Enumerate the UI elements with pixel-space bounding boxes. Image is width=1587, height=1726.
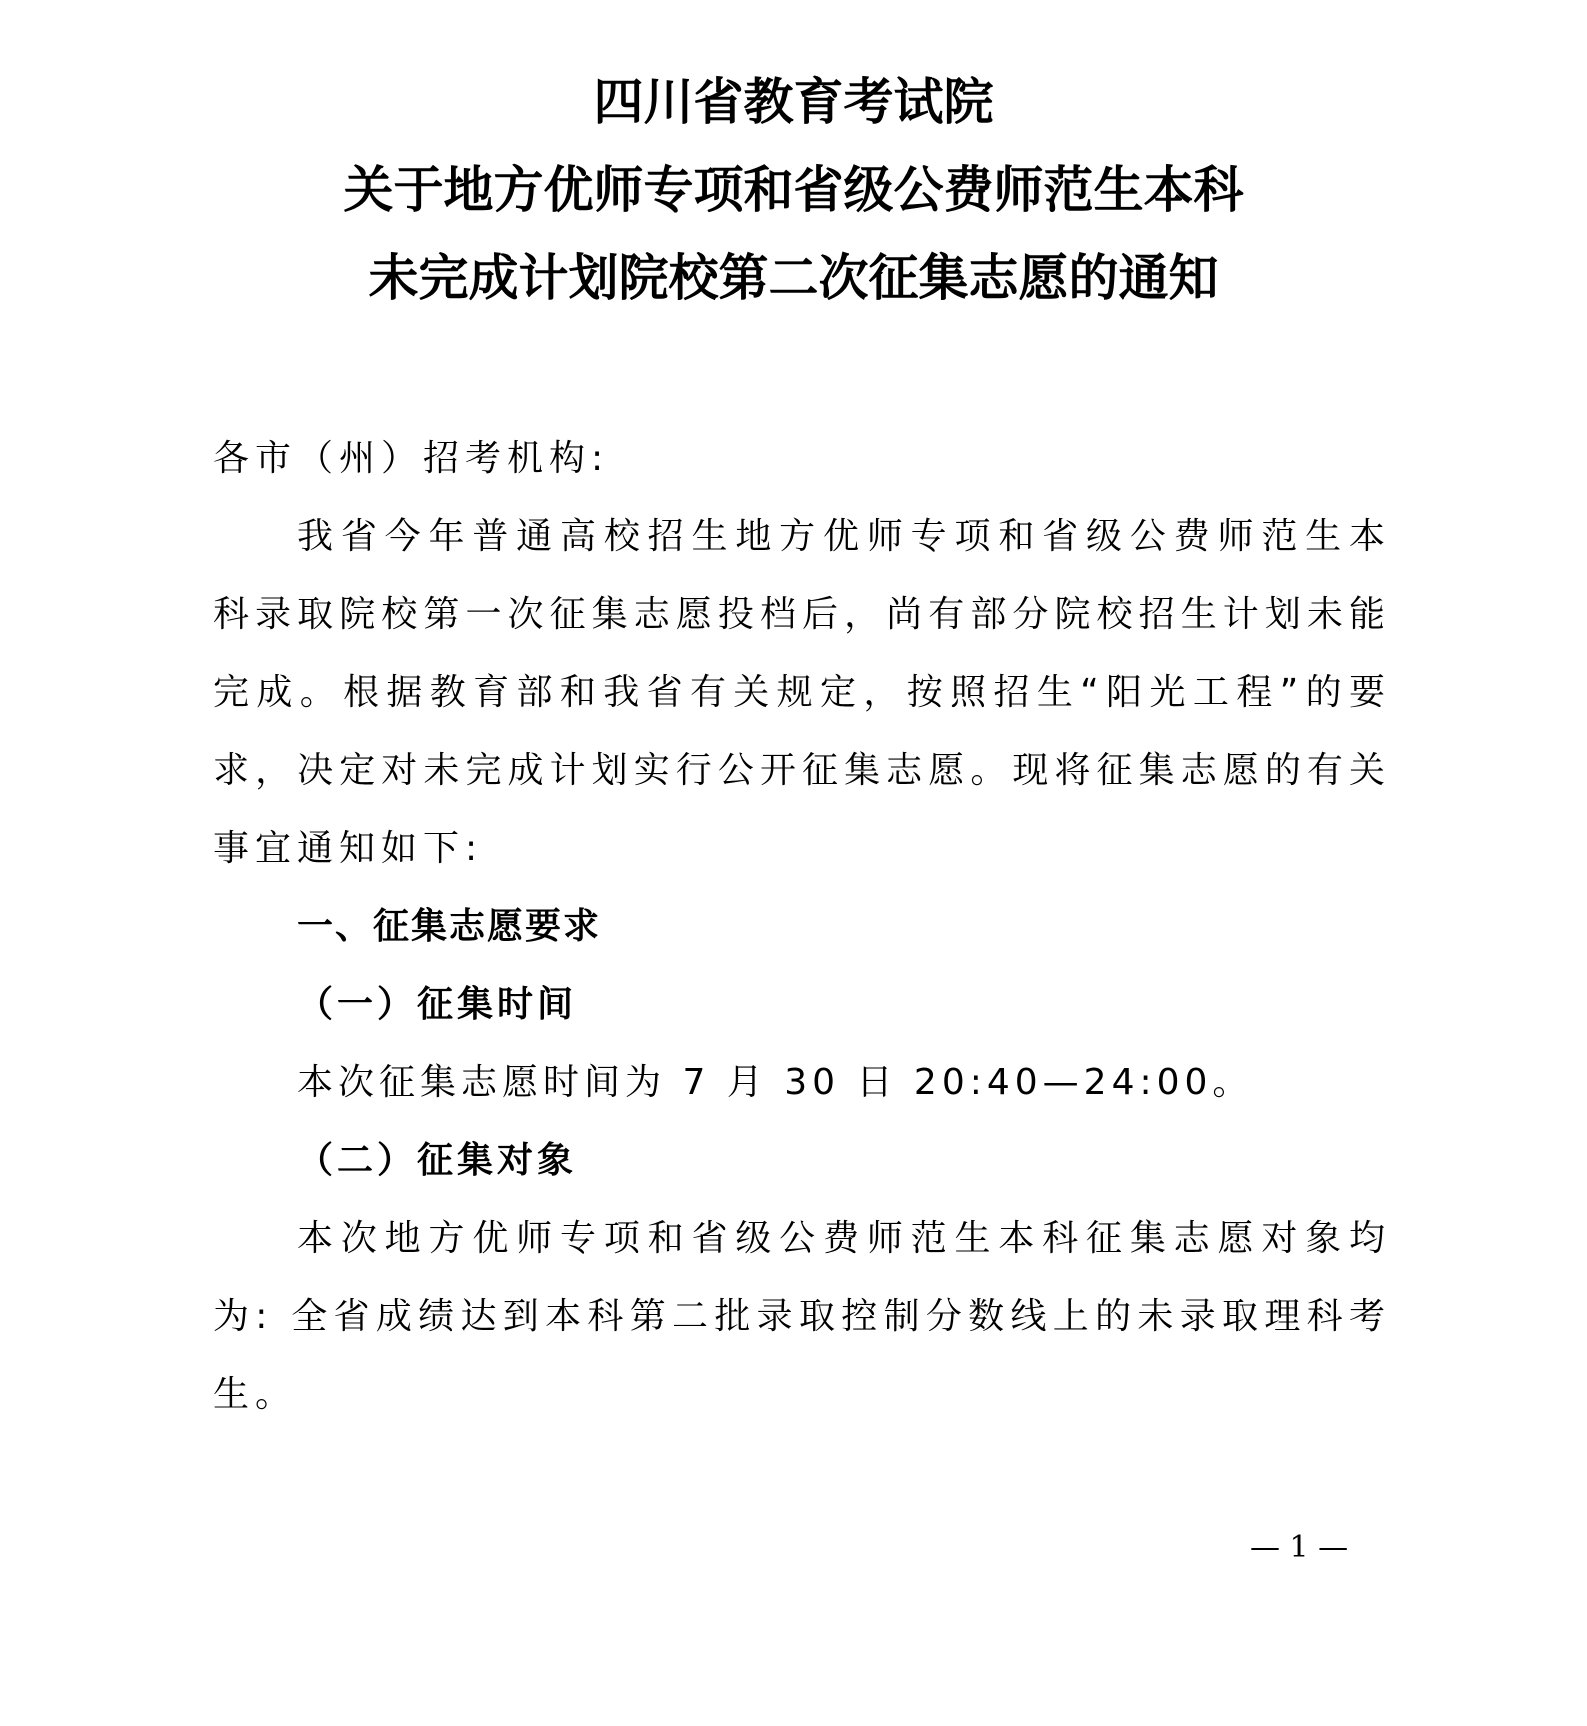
document-title: 四川省教育考试院 关于地方优师专项和省级公费师范生本科 未完成计划院校第二次征集… xyxy=(0,58,1587,322)
paragraph-line: 我省今年普通高校招生地方优师专项和省级公费师范生本 xyxy=(213,498,1391,576)
document-body: 各市（州）招考机构: 我省今年普通高校招生地方优师专项和省级公费师范生本 科录取… xyxy=(213,420,1391,1434)
section-heading-requirements: 一、征集志愿要求 xyxy=(213,888,1391,966)
target-paragraph: 本次地方优师专项和省级公费师范生本科征集志愿对象均 为: 全省成绩达到本科第二批… xyxy=(213,1200,1391,1434)
paragraph-line: 为: 全省成绩达到本科第二批录取控制分数线上的未录取理科考 xyxy=(213,1278,1391,1356)
subsection-heading-time: （一）征集时间 xyxy=(213,966,1391,1044)
paragraph-line: 本次地方优师专项和省级公费师范生本科征集志愿对象均 xyxy=(213,1200,1391,1278)
intro-paragraph: 我省今年普通高校招生地方优师专项和省级公费师范生本 科录取院校第一次征集志愿投档… xyxy=(213,498,1391,888)
title-line-issuer: 四川省教育考试院 xyxy=(0,58,1587,146)
paragraph-line: 生。 xyxy=(213,1356,1391,1434)
paragraph-line: 求，决定对未完成计划实行公开征集志愿。现将征集志愿的有关 xyxy=(213,732,1391,810)
subsection-heading-target: （二）征集对象 xyxy=(213,1122,1391,1200)
paragraph-line: 科录取院校第一次征集志愿投档后，尚有部分院校招生计划未能 xyxy=(213,576,1391,654)
title-line-subject-2: 未完成计划院校第二次征集志愿的通知 xyxy=(0,234,1587,322)
page-number: — 1 — xyxy=(1250,1530,1348,1565)
collection-time-text: 本次征集志愿时间为 7 月 30 日 20:40—24:00。 xyxy=(213,1044,1391,1122)
salutation: 各市（州）招考机构: xyxy=(213,420,1391,498)
paragraph-line: 事宜通知如下: xyxy=(213,810,1391,888)
title-line-subject-1: 关于地方优师专项和省级公费师范生本科 xyxy=(0,146,1587,234)
paragraph-line: 完成。根据教育部和我省有关规定，按照招生“阳光工程”的要 xyxy=(213,654,1391,732)
